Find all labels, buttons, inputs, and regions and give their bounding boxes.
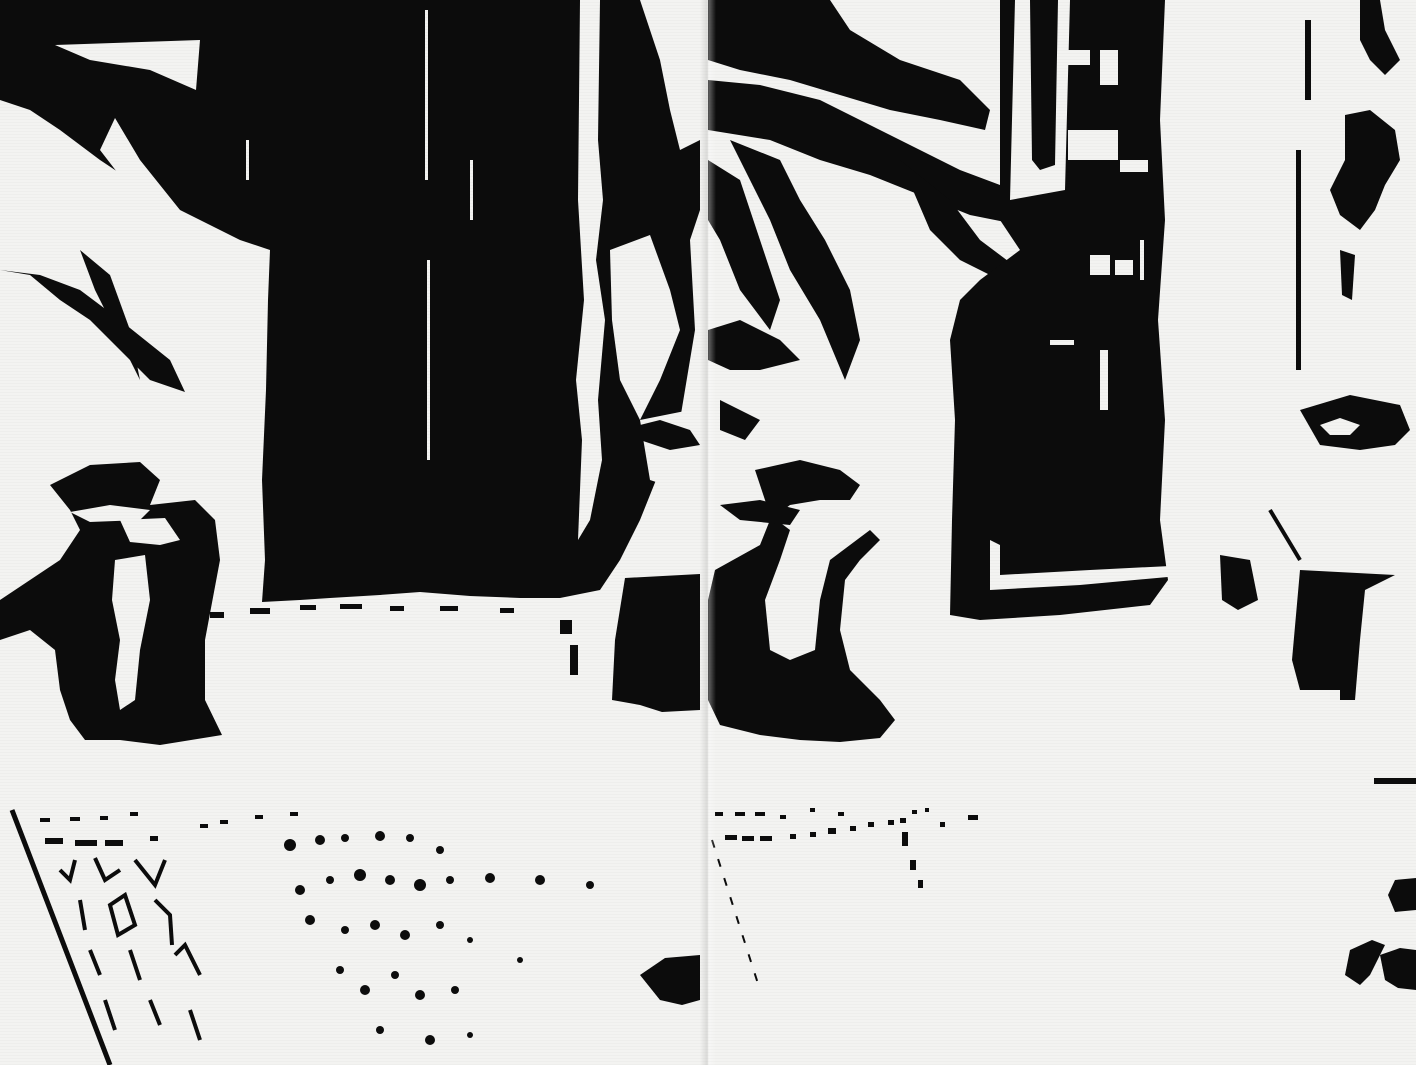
furniture-foot (1345, 940, 1385, 985)
furniture-foot (1380, 948, 1416, 990)
left-page (0, 0, 700, 1065)
palm-frond (0, 150, 20, 230)
highlight-streak (427, 260, 430, 460)
palm-frond (720, 400, 760, 440)
wall-ornament (1340, 250, 1355, 300)
small-pedestal (1292, 570, 1395, 700)
rug-pattern (60, 858, 200, 1040)
center-fold (700, 0, 716, 1065)
highlight-streak (425, 10, 428, 180)
small-dark-box (612, 574, 700, 712)
wall-ornament (1300, 395, 1410, 450)
photocopy-spread (0, 0, 1416, 1065)
vase-on-pedestal (708, 460, 895, 742)
rug-speckles (284, 831, 594, 1045)
palm-frond (708, 320, 800, 370)
wall-ornament (1330, 110, 1400, 230)
wall-line (1270, 510, 1300, 560)
chair-leg (640, 955, 700, 1005)
wall-line (1305, 20, 1311, 100)
rug-border (12, 810, 110, 1065)
highlight-streak (232, 430, 235, 530)
highlight-streak (470, 160, 473, 220)
wall-line (1296, 150, 1301, 370)
rug-top-edge (40, 812, 298, 846)
wall-ornament (1360, 0, 1400, 75)
highlight-streak (246, 140, 249, 180)
rug-top-edge (715, 808, 978, 888)
floor-line (1374, 778, 1416, 784)
furniture-foot (1388, 878, 1416, 912)
frame-bracket (1220, 555, 1258, 610)
right-page (640, 0, 1416, 990)
rug-border (712, 840, 760, 990)
